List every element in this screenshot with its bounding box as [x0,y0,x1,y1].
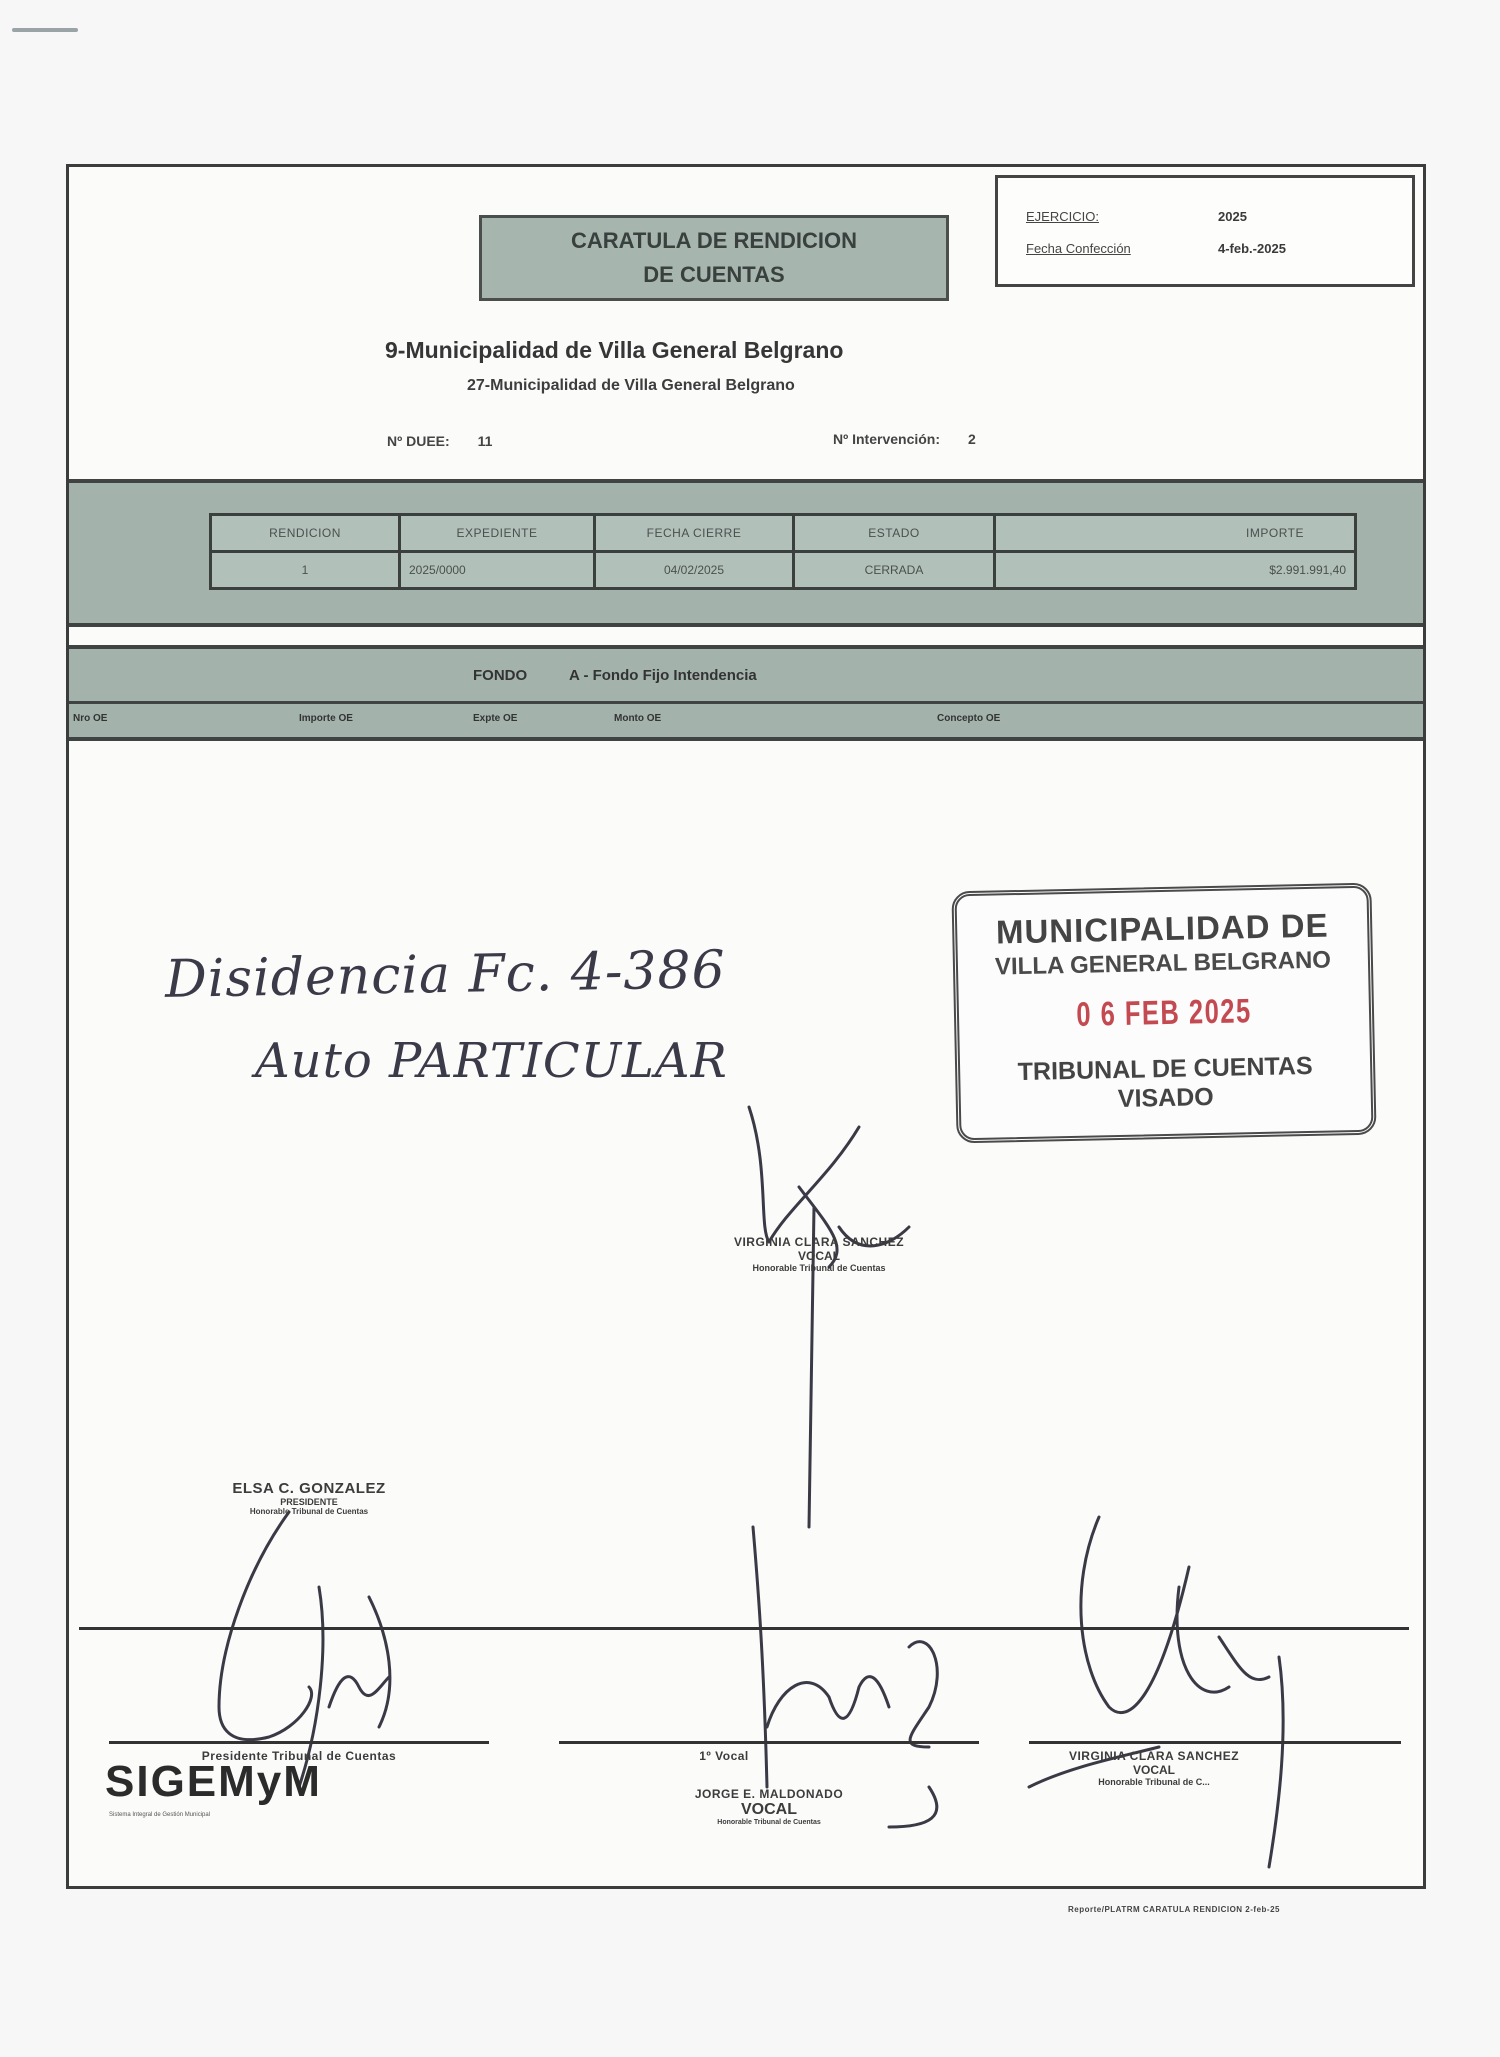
stamp-date: 0 6 FEB 2025 [1010,991,1318,1036]
organization-primary: 9-Municipalidad de Villa General Belgran… [385,337,843,364]
signer-caption: 1º Vocal [469,1749,979,1763]
ejercicio-value: 2025 [1218,209,1247,224]
intervencion-label: Nº Intervención: [833,431,940,447]
handwritten-note-2: Auto PARTICULAR [255,1033,728,1089]
col-rendicion: RENDICION [211,515,400,552]
signer-org: Honorable Tribunal de C... [1029,1777,1279,1787]
fiscal-info-box: EJERCICIO: 2025 Fecha Confección 4-feb.-… [995,175,1415,287]
table-row: 1 2025/0000 04/02/2025 CERRADA $2.991.99… [211,552,1356,589]
duee-label: Nº DUEE: [387,433,450,449]
signature-divider [79,1627,1409,1630]
fondo-section: FONDO A - Fondo Fijo Intendencia Nro OE … [69,645,1423,741]
cell-expediente: 2025/0000 [400,552,595,589]
signer-org: Honorable Tribunal de Cuentas [199,1507,419,1516]
report-footer-code: Reporte/PLATRM CARATULA RENDICION 2-feb-… [1068,1905,1280,1914]
col-nro-oe: Nro OE [73,713,107,724]
signer-name: VIRGINIA CLARA SANCHEZ [669,1235,969,1249]
document-page: CARATULA DE RENDICION DE CUENTAS EJERCIC… [66,164,1426,1889]
fecha-confeccion-value: 4-feb.-2025 [1218,241,1286,256]
stamp-line-2: VILLA GENERAL BELGRANO [958,946,1368,983]
cell-fecha-cierre: 04/02/2025 [595,552,794,589]
fondo-value: A - Fondo Fijo Intendencia [569,667,757,684]
signature-vocal-1: 1º Vocal JORGE E. MALDONADO VOCAL Honora… [559,1749,979,1826]
cell-estado: CERRADA [794,552,995,589]
col-expte-oe: Expte OE [473,713,517,724]
intervencion-field: Nº Intervención:2 [833,431,976,447]
title-line-2: DE CUENTAS [643,258,784,292]
document-title: CARATULA DE RENDICION DE CUENTAS [479,215,949,301]
rendicion-section: RENDICION EXPEDIENTE FECHA CIERRE ESTADO… [69,479,1423,627]
col-concepto-oe: Concepto OE [937,713,1000,724]
col-monto-oe: Monto OE [614,713,661,724]
signer-role: PRESIDENTE [199,1497,419,1507]
fondo-columns: Nro OE Importe OE Expte OE Monto OE Conc… [69,705,1423,735]
col-fecha-cierre: FECHA CIERRE [595,515,794,552]
intervencion-value: 2 [968,431,976,447]
logo-subtitle: Sistema Integral de Gestión Municipal [109,1812,249,1818]
duee-field: Nº DUEE:11 [387,433,492,449]
handwritten-note-1: Disidencia Fc. 4-386 [165,940,727,1010]
duee-value: 11 [478,433,493,449]
title-line-1: CARATULA DE RENDICION [571,224,857,258]
signature-line-presidente [109,1741,489,1744]
fecha-confeccion-label: Fecha Confección [1026,241,1218,256]
signature-line-vocal-2 [1029,1741,1401,1744]
signer-org: Honorable Tribunal de Cuentas [559,1819,979,1826]
table-header-row: RENDICION EXPEDIENTE FECHA CIERRE ESTADO… [211,515,1356,552]
rendicion-table: RENDICION EXPEDIENTE FECHA CIERRE ESTADO… [209,513,1357,590]
signature-vocal-2: VIRGINIA CLARA SANCHEZ VOCAL Honorable T… [1029,1749,1279,1787]
col-importe-oe: Importe OE [299,713,353,724]
col-expediente: EXPEDIENTE [400,515,595,552]
col-estado: ESTADO [794,515,995,552]
organization-secondary: 27-Municipalidad de Villa General Belgra… [467,377,795,395]
cell-rendicion: 1 [211,552,400,589]
col-importe: IMPORTE [995,515,1356,552]
signer-role: VOCAL [669,1249,969,1263]
stamp-line-1: MUNICIPALIDAD DE [957,906,1368,953]
scan-artifact [12,28,78,32]
signer-role: VOCAL [559,1801,979,1819]
visado-stamp: MUNICIPALIDAD DE VILLA GENERAL BELGRANO … [951,883,1376,1144]
cell-importe: $2.991.991,40 [995,552,1356,589]
sigemym-logo: SIGEMyM [105,1757,322,1807]
signer-name: ELSA C. GONZALEZ [199,1480,419,1497]
fondo-label: FONDO [473,667,527,684]
signer-role: VOCAL [1029,1763,1279,1777]
signer-org: Honorable Tribunal de Cuentas [669,1263,969,1273]
signer-name: VIRGINIA CLARA SANCHEZ [1029,1749,1279,1763]
signature-line-vocal-1 [559,1741,979,1744]
signature-presidente-upper: ELSA C. GONZALEZ PRESIDENTE Honorable Tr… [199,1480,419,1516]
signature-vocal-upper: VIRGINIA CLARA SANCHEZ VOCAL Honorable T… [669,1235,969,1273]
signer-name: JORGE E. MALDONADO [559,1787,979,1801]
ejercicio-label: EJERCICIO: [1026,209,1218,224]
